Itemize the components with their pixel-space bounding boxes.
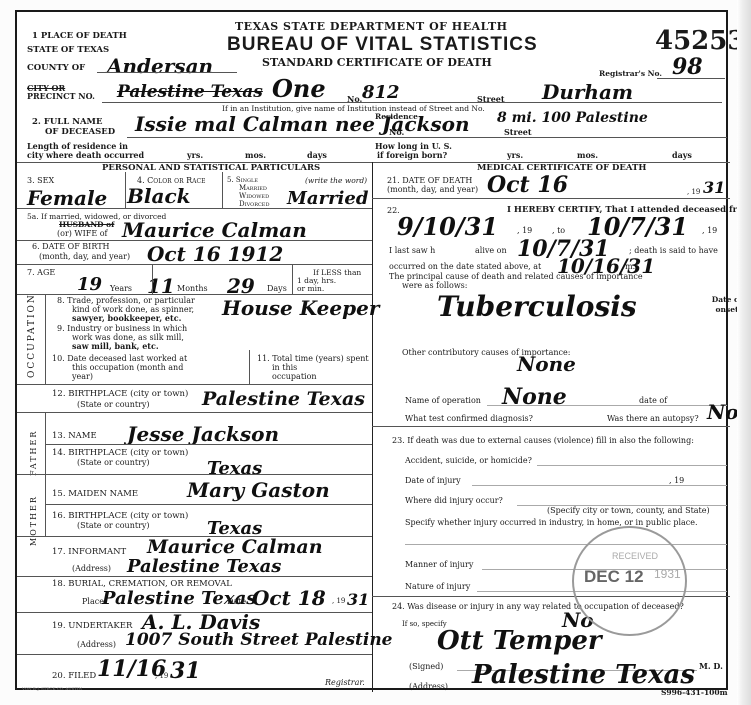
date-injury-label: Date of injury xyxy=(405,476,461,485)
street-value: Durham xyxy=(542,80,633,104)
test-confirmed-label: What test confirmed diagnosis? xyxy=(405,414,533,423)
specify-injury-label: Specify whether injury occurred in indus… xyxy=(405,518,698,527)
dod-value: Oct 16 xyxy=(487,172,568,198)
dod-label: 21. DATE OF DEATH xyxy=(387,176,472,185)
lastworked-label-3: year) xyxy=(72,372,93,381)
stamp-received-text: RECEIVED xyxy=(612,552,658,561)
principal-label-text: The principal cause of death and related… xyxy=(389,272,643,281)
physician-address-label: (Address) xyxy=(409,682,448,691)
father-side-label: FATHER xyxy=(29,416,38,476)
precinct-label: PRECINCT NO. xyxy=(27,92,95,101)
registrar-label: Registrar's No. xyxy=(599,69,662,78)
occurred-m-label: m. xyxy=(625,262,635,271)
principal-cause: Tuberculosis xyxy=(437,290,637,323)
certificate-number: 45253 xyxy=(655,28,745,54)
totaltime-label-3: occupation xyxy=(272,372,317,381)
manner-injury-label: Manner of injury xyxy=(405,560,473,569)
dod-year-prefix: , 19 xyxy=(687,188,700,197)
certificate-frame: 1 PLACE OF DEATH STATE OF TEXAS COUNTY O… xyxy=(15,10,728,690)
of-deceased-label: OF DECEASED xyxy=(45,128,115,137)
external-causes-label: 23. If death was due to external causes … xyxy=(392,436,694,445)
burial-date-label: Date xyxy=(227,597,246,606)
totaltime-label-2: in this xyxy=(272,363,297,372)
physician-signature: Ott Temper xyxy=(437,626,602,656)
dob-value: Oct 16 1912 xyxy=(147,242,283,266)
filed-year-prefix: , 19 xyxy=(155,672,168,681)
form-title: STANDARD CERTIFICATE OF DEATH xyxy=(262,57,492,69)
us-label-2: if foreign born? xyxy=(377,151,447,160)
attended-to-19: , 19 xyxy=(702,226,717,235)
physician-address: Palestine Texas xyxy=(472,660,695,690)
mother-maiden-name: Mary Gaston xyxy=(187,478,330,502)
years-label: Years xyxy=(110,284,132,293)
principal-label-2: were as follows: xyxy=(402,281,467,290)
burial-year-prefix: , 19 xyxy=(332,597,345,606)
months-label: Months xyxy=(177,284,208,293)
undertaker-label: 19. UNDERTAKER xyxy=(52,622,132,631)
birthplace-label-1: 12. BIRTHPLACE (city or town) xyxy=(52,390,188,399)
attended-from: 9/10/31 xyxy=(397,212,498,241)
scan-edge xyxy=(737,0,751,705)
father-name-label: 13. NAME xyxy=(52,432,97,441)
md-label: M. D. xyxy=(699,662,723,671)
city-struck-value: Palestine Texas xyxy=(117,82,263,102)
burial-year: 31 xyxy=(347,590,369,609)
residence-value: 8 mi. 100 Palestine xyxy=(497,110,648,126)
received-stamp: RECEIVED DEC 12 1931 xyxy=(572,526,687,636)
filed-label: 20. FILED xyxy=(52,672,96,681)
dod-sublabel: (month, day, and year) xyxy=(387,185,478,194)
agency-title: TEXAS STATE DEPARTMENT OF HEALTH xyxy=(235,22,508,31)
father-birthplace-label-1: 14. BIRTHPLACE (city or town) xyxy=(52,449,188,458)
us-mos-label: mos. xyxy=(577,151,598,160)
industry-label-3: saw mill, bank, etc. xyxy=(72,342,159,351)
state-label: STATE OF TEXAS xyxy=(27,46,109,55)
deceased-name: Issie mal Calman nee Jackson xyxy=(135,112,470,136)
form-code: S996-431-100m xyxy=(661,688,728,697)
death-certificate-page: 1 PLACE OF DEATH STATE OF TEXAS COUNTY O… xyxy=(0,0,751,705)
mother-birthplace-label-1: 16. BIRTHPLACE (city or town) xyxy=(52,512,188,521)
filed-registrar-label: Registrar. xyxy=(325,678,365,687)
age-label: 7. AGE xyxy=(27,268,55,277)
autopsy-value: No xyxy=(707,400,739,424)
residence-street-label: Street xyxy=(504,128,532,137)
personal-section-title: PERSONAL AND STATISTICAL PARTICULARS xyxy=(102,164,320,173)
place-of-death-label: 1 PLACE OF DEATH xyxy=(32,32,127,41)
county-value: Andersan xyxy=(107,54,213,78)
informant-address: Palestine Texas xyxy=(127,556,281,577)
where-injury-hint: (Specify city or town, county, and State… xyxy=(547,506,710,515)
spouse-value: Maurice Calman xyxy=(122,218,307,242)
precinct-value: One xyxy=(272,74,326,103)
occurred-label: occurred on the date stated above, at xyxy=(389,262,541,271)
sex-value: Female xyxy=(27,186,107,210)
father-birthplace: Texas xyxy=(207,458,262,479)
husband-label-struck: HUSBAND of xyxy=(59,220,114,229)
printer-note: VON B-J. STECK CO. AUSTIN xyxy=(22,684,82,693)
filed-year: 31 xyxy=(170,658,201,684)
informant-address-label: (Address) xyxy=(72,564,111,573)
registrar-number: 98 xyxy=(672,54,703,80)
street-number: 812 xyxy=(362,82,400,103)
days-unit-label: Days xyxy=(267,284,287,293)
undertaker-address: 1007 South Street Palestine xyxy=(125,630,393,650)
attended-to-label: , to xyxy=(552,226,565,235)
us-days-label: days xyxy=(672,151,692,160)
mos-label: mos. xyxy=(245,151,266,160)
informant-label: 17. INFORMANT xyxy=(52,548,126,557)
birthplace-value: Palestine Texas xyxy=(202,388,365,410)
autopsy-label: Was there an autopsy? xyxy=(607,414,699,423)
totaltime-label-1: 11. Total time (years) spent xyxy=(257,354,369,363)
alive-on-label: alive on xyxy=(475,246,507,255)
mother-maiden-label: 15. MAIDEN NAME xyxy=(52,490,138,499)
marital-hint: (write the word) xyxy=(305,176,367,185)
date-injury-19: , 19 xyxy=(669,476,684,485)
marital-value: Married xyxy=(287,188,368,209)
trade-label-3: sawyer, bookkeeper, etc. xyxy=(72,314,181,323)
full-name-label: 2. FULL NAME xyxy=(32,118,102,127)
mother-birthplace-label-2: (State or country) xyxy=(77,521,150,530)
other-causes: None xyxy=(517,352,576,376)
trade-value: House Keeper xyxy=(222,296,379,320)
sex-label: 3. SEX xyxy=(27,176,54,185)
lastworked-label-1: 10. Date deceased last worked at xyxy=(52,354,187,363)
us-yrs-label: yrs. xyxy=(507,151,523,160)
burial-date: Oct 18 xyxy=(252,586,326,610)
occupation-side-label: OCCUPATION xyxy=(27,308,37,378)
accident-label: Accident, suicide, or homicide? xyxy=(405,456,532,465)
stamp-date: DEC 12 xyxy=(584,568,644,586)
principal-label-1: The principal cause of death and related… xyxy=(389,272,643,281)
operation-date-label: date of xyxy=(639,396,667,405)
nature-injury-label: Nature of injury xyxy=(405,582,470,591)
undertaker-address-label: (Address) xyxy=(77,640,116,649)
bureau-title: BUREAU OF VITAL STATISTICS xyxy=(227,35,538,55)
informant-name: Maurice Calman xyxy=(147,536,323,558)
last-saw-label: I last saw h xyxy=(389,246,435,255)
days-label: days xyxy=(307,151,327,160)
county-label: COUNTY OF xyxy=(27,64,85,73)
attended-from-19: , 19 xyxy=(517,226,532,235)
residence-no-label: No. xyxy=(389,128,404,137)
length-residence-label-2: city where death occurred xyxy=(27,151,144,160)
signed-label: (Signed) xyxy=(409,662,443,671)
burial-place-label: Place xyxy=(82,597,104,606)
industry-label-1: 9. Industry or business in which xyxy=(57,324,187,333)
race-value: Black xyxy=(127,184,191,208)
father-birthplace-label-2: (State or country) xyxy=(77,458,150,467)
where-injury-label: Where did injury occur? xyxy=(405,496,503,505)
dob-sublabel: (month, day, and year) xyxy=(39,252,130,261)
father-name: Jesse Jackson xyxy=(127,422,279,446)
operation-value: None xyxy=(502,384,567,410)
less-label-3: or min. xyxy=(297,284,324,293)
age-years: 19 xyxy=(77,274,102,295)
birthplace-label-2: (State or country) xyxy=(77,400,150,409)
trade-label-1: 8. Trade, profession, or particular xyxy=(57,296,195,305)
dod-year: 31 xyxy=(703,178,725,197)
dob-label: 6. DATE OF BIRTH xyxy=(32,242,110,251)
residence-label: Residence xyxy=(375,112,418,121)
operation-label: Name of operation xyxy=(405,396,481,405)
lastworked-label-2: this occupation (month and xyxy=(72,363,183,372)
wife-label: (or) WIFE of xyxy=(57,229,108,238)
yrs-label: yrs. xyxy=(187,151,203,160)
stamp-year: 1931 xyxy=(654,570,681,579)
